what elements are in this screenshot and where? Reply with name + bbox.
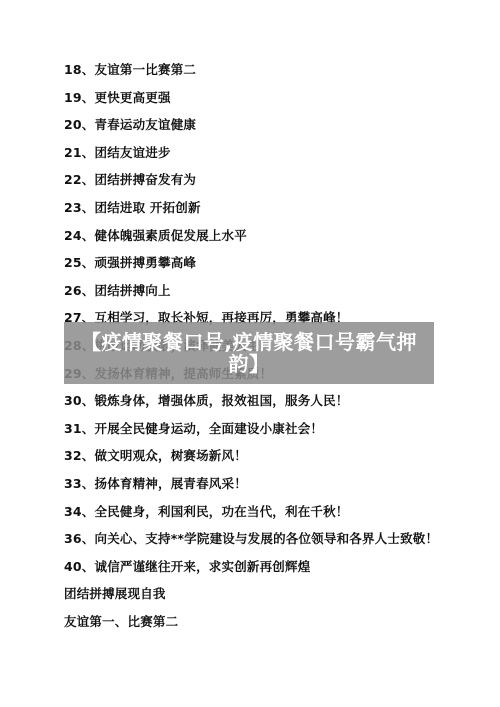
- slogan-line-19: 19、更快更高更强: [64, 89, 464, 117]
- banner-title: 【疫情聚餐口号,疫情聚餐口号霸气押韵】: [64, 331, 434, 375]
- slogan-line-23: 23、团结进取 开拓创新: [64, 199, 464, 227]
- slogan-line-25: 25、顽强拼搏勇攀高峰: [64, 254, 464, 282]
- slogan-line-friendship: 友谊第一、比赛第二: [64, 613, 464, 641]
- slogan-line-40: 40、诚信严谨继往开来，求实创新再创辉煌: [64, 558, 464, 586]
- slogan-line-33: 33、扬体育精神，展青春风采！: [64, 475, 464, 503]
- slogan-line-24: 24、健体魄强素质促发展上水平: [64, 227, 464, 255]
- slogan-line-31: 31、开展全民健身运动，全面建设小康社会！: [64, 420, 464, 448]
- slogan-line-unity: 团结拼搏展现自我: [64, 585, 464, 613]
- slogan-line-32: 32、做文明观众，树赛场新风！: [64, 447, 464, 475]
- slogan-line-18: 18、友谊第一比赛第二: [64, 61, 464, 89]
- slogan-line-36: 36、向关心、支持**学院建设与发展的各位领导和各界人士致敬！: [64, 530, 464, 558]
- slogan-line-20: 20、青春运动友谊健康: [64, 116, 464, 144]
- slogan-line-21: 21、团结友谊进步: [64, 144, 464, 172]
- slogan-line-26: 26、团结拼搏向上: [64, 282, 464, 310]
- slogan-line-30: 30、锻炼身体，增强体质，报效祖国，服务人民！: [64, 392, 464, 420]
- title-overlay-banner: 【疫情聚餐口号,疫情聚餐口号霸气押韵】: [64, 322, 434, 384]
- slogan-line-34: 34、全民健身，利国利民，功在当代，利在千秋！: [64, 503, 464, 531]
- slogan-line-22: 22、团结拼搏奋发有为: [64, 171, 464, 199]
